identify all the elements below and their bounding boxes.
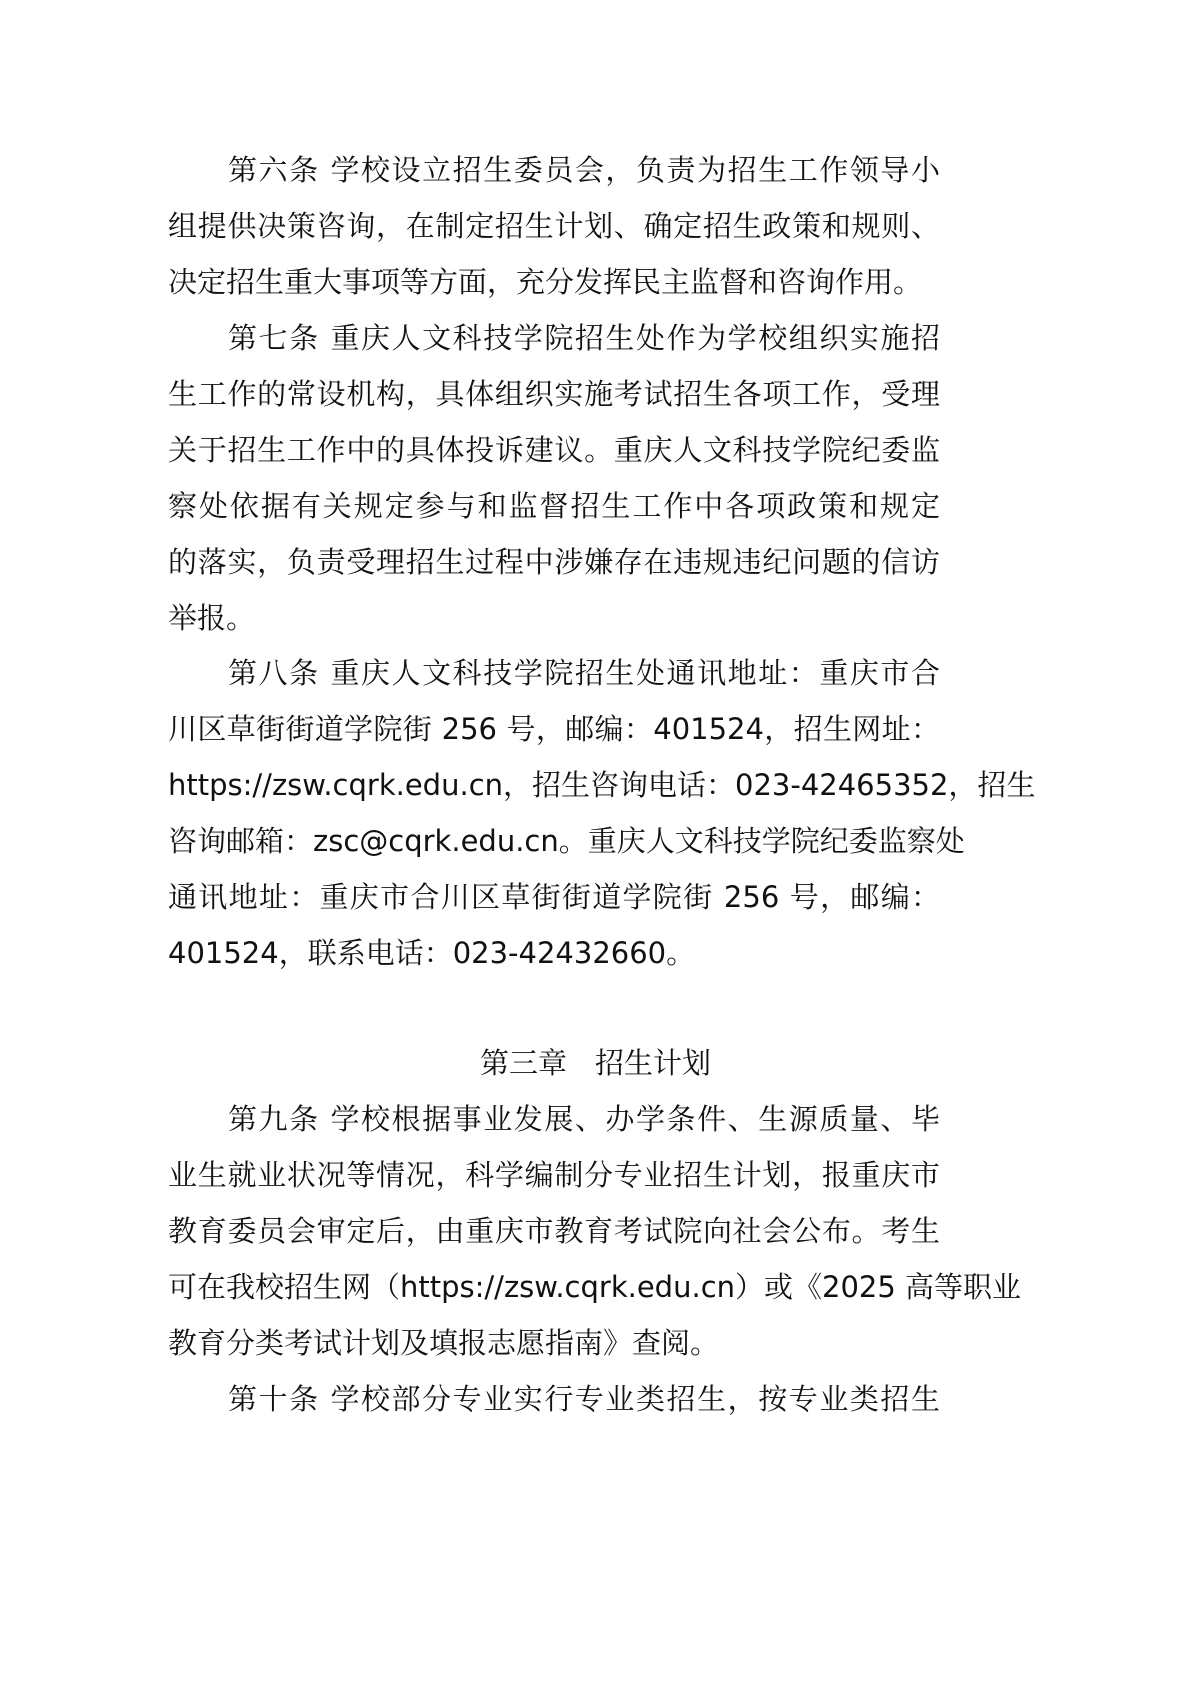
article-7-line-3: 关于招生工作中的具体投诉建议。重庆人文科技学院纪委监 [168,430,940,470]
article-9-line-5: 教育分类考试计划及填报志愿指南》查阅。 [168,1323,940,1363]
article-9-line-1: 第九条 学校根据事业发展、办学条件、生源质量、毕 [228,1099,940,1139]
article-8-line-5: 通讯地址：重庆市合川区草街街道学院街 256 号，邮编： [168,877,940,917]
article-9-line-4: 可在我校招生网（https://zsw.cqrk.edu.cn）或《2025 高… [168,1267,940,1307]
article-8-line-3: https://zsw.cqrk.edu.cn，招生咨询电话：023-42465… [168,765,940,805]
article-6-line-3: 决定招生重大事项等方面，充分发挥民主监督和咨询作用。 [168,262,940,302]
article-8-line-2: 川区草街街道学院街 256 号，邮编：401524，招生网址： [168,709,940,749]
document-page: 第六条 学校设立招生委员会，负责为招生工作领导小 组提供决策咨询，在制定招生计划… [0,0,1191,1684]
article-8-line-6: 401524，联系电话：023-42432660。 [168,933,940,973]
article-8-line-4: 咨询邮箱：zsc@cqrk.edu.cn。重庆人文科技学院纪委监察处 [168,821,940,861]
article-6-line-2: 组提供决策咨询，在制定招生计划、确定招生政策和规则、 [168,206,940,246]
chapter-heading: 第三章招生计划 [0,1043,1191,1083]
article-10-line-1: 第十条 学校部分专业实行专业类招生，按专业类招生 [228,1379,940,1419]
article-7-line-1: 第七条 重庆人文科技学院招生处作为学校组织实施招 [228,318,940,358]
article-7-line-5: 的落实，负责受理招生过程中涉嫌存在违规违纪问题的信访 [168,542,940,582]
article-7-line-4: 察处依据有关规定参与和监督招生工作中各项政策和规定 [168,486,940,526]
article-9-line-2: 业生就业状况等情况，科学编制分专业招生计划，报重庆市 [168,1155,940,1195]
chapter-number: 第三章 [480,1046,567,1080]
article-9-line-3: 教育委员会审定后，由重庆市教育考试院向社会公布。考生 [168,1211,940,1251]
article-7-line-2: 生工作的常设机构，具体组织实施考试招生各项工作，受理 [168,374,940,414]
article-6-line-1: 第六条 学校设立招生委员会，负责为招生工作领导小 [228,150,940,190]
chapter-title: 招生计划 [595,1046,711,1080]
article-8-line-1: 第八条 重庆人文科技学院招生处通讯地址：重庆市合 [228,653,940,693]
article-7-line-6: 举报。 [168,598,940,638]
